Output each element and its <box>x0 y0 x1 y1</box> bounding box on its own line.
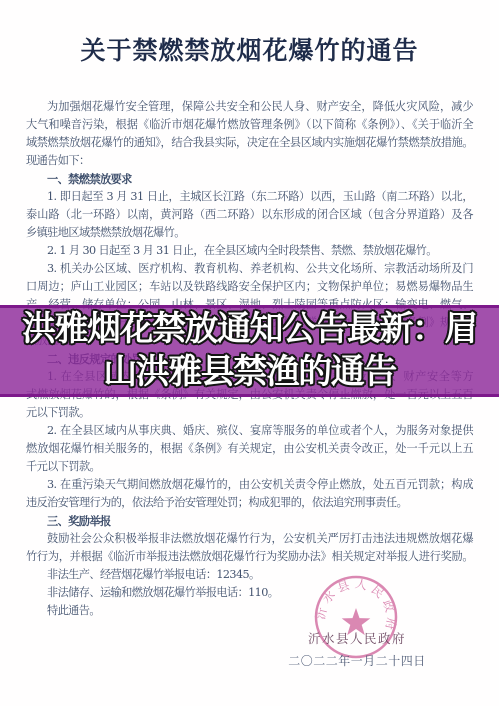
document-line: 泰山路（北一环路）以南，黄河路（西二环路）以东形成的闭合区域（包含分界道路）及各 <box>26 206 473 224</box>
notice-page: 关于禁燃禁放烟花爆竹的通告 为加强烟花爆竹安全管理，保障公共安全和公民人身、财产… <box>0 0 499 706</box>
document-line: 2. 在全县区域内从事庆典、婚庆、殡仪、宴席等服务的单位或者个人，为服务对象提供 <box>26 422 473 440</box>
issuer-name: 沂水县人民政府 <box>277 629 437 647</box>
caption-line-2: 山洪雅县禁渔的通告 <box>103 351 396 394</box>
document-line: 非法储存、运输和燃放烟花爆竹举报电话：110。 <box>26 584 473 602</box>
document-line: 违反治安管理行为的，依法给予治安管理处罚；构成犯罪的，依法追究刑事责任。 <box>26 494 473 512</box>
caption-overlay-band: 洪雅烟花禁放通知公告最新：眉 山洪雅县禁渔的通告 <box>0 305 499 397</box>
document-line: 千元以下罚款。 <box>26 458 473 476</box>
document-line: 特此通告。 <box>26 602 473 620</box>
document-line: 一、禁燃禁放要求 <box>26 170 473 188</box>
document-line: 竹行为，并根据《临沂市举报违法燃放烟花爆竹行为奖励办法》相关规定对举报人进行奖励… <box>26 548 473 566</box>
signature-block: 沂水县人民政府 二〇二二年一月二十四日 <box>277 629 437 669</box>
document-line: 燃放烟花爆竹相关服务的，根据《条例》有关规定，由公安机关责令改正，处一千元以上五 <box>26 440 473 458</box>
document-line: 3. 在重污染天气期间燃放烟花爆竹的，由公安机关责令停止燃放，处五百元罚款；构成 <box>26 476 473 494</box>
document-line: 大气和噪音污染，根据《临沂市烟花爆竹燃放管理条例》（以下简称《条例》）、《关于临… <box>26 116 473 134</box>
document-line: 域禁燃禁放烟花爆竹的通知》，结合我县实际，决定在全县区域内实施烟花爆竹禁燃禁放措… <box>26 134 473 152</box>
document-line: 3. 机关办公区域、医疗机构、教育机构、养老机构、公共文化场所、宗教活动场所及门 <box>26 260 473 278</box>
document-line: 元以下罚款。 <box>26 404 473 422</box>
document-line: 鼓励社会公众积极举报非法燃放烟花爆竹行为，公安机关严厉打击违法违规燃放烟花爆 <box>26 530 473 548</box>
document-line: 1. 即日起至 3 月 31 日止，主城区长江路（东二环路）以西，玉山路（南二环… <box>26 188 473 206</box>
document-line: 三、奖励举报 <box>26 512 473 530</box>
issue-date: 二〇二二年一月二十四日 <box>277 652 437 669</box>
document-line: 乡镇驻地区域禁燃禁放烟花爆竹。 <box>26 224 473 242</box>
document-line: 口周边；庐山工业园区；车站以及铁路线路安全保护区内；文物保护单位；易燃易爆物品生 <box>26 278 473 296</box>
document-line: 2. 1 月 30 日起至 3 月 31 日止，在全县区域内全时段禁售、禁燃、禁… <box>26 242 473 260</box>
document-line: 现通告如下： <box>26 152 473 170</box>
document-title: 关于禁燃禁放烟花爆竹的通告 <box>0 31 499 67</box>
caption-line-1: 洪雅烟花禁放通知公告最新：眉 <box>22 308 477 351</box>
document-line: 为加强烟花爆竹安全管理，保障公共安全和公民人身、财产安全，降低火灾风险，减少 <box>26 98 473 116</box>
document-line: 非法生产、经营烟花爆竹举报电话：12345。 <box>26 566 473 584</box>
